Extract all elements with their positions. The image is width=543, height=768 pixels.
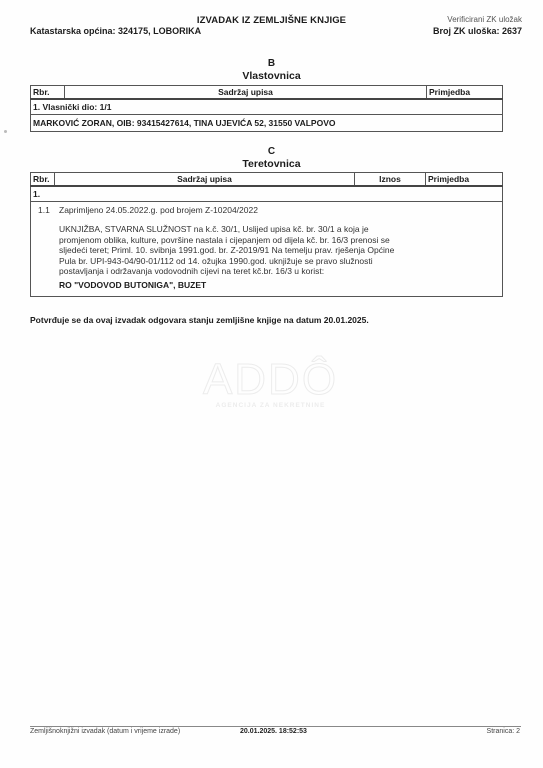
footer-datetime: 20.01.2025. 18:52:53 [240, 728, 307, 735]
table-row: 1.1 Zaprimljeno 24.05.2022.g. pod brojem… [31, 202, 503, 297]
entry-header: 1.1 Zaprimljeno 24.05.2022.g. pod brojem… [33, 205, 500, 215]
section-c-title: Teretovnica [0, 158, 543, 170]
column-header-content: Sadržaj upisa [55, 173, 355, 187]
owner-details: MARKOVIĆ ZORAN, OIB: 93415427614, TINA U… [31, 115, 503, 132]
table-header-row: Rbr. Sadržaj upisa Primjedba [31, 86, 503, 100]
page-number: Stranica: 2 [487, 728, 520, 735]
column-header-amount: Iznos [355, 173, 426, 187]
verified-label: Verificirani ZK uložak [447, 15, 522, 24]
encumbrance-table: Rbr. Sadržaj upisa Iznos Primjedba 1. 1.… [30, 172, 503, 297]
column-header-remark: Primjedba [426, 173, 503, 187]
column-header-rbr: Rbr. [31, 173, 55, 187]
watermark-logo: ADDÔ [178, 358, 363, 402]
confirmation-statement: Potvrđuje se da ovaj izvadak odgovara st… [30, 315, 369, 325]
section-b-letter: B [0, 58, 543, 69]
section-c-letter: C [0, 146, 543, 157]
ownership-table: Rbr. Sadržaj upisa Primjedba 1. Vlasničk… [30, 85, 503, 132]
table-row: 1. [31, 186, 503, 202]
folio-number: Broj ZK uloška: 2637 [433, 26, 522, 36]
encumbrance-entry: 1.1 Zaprimljeno 24.05.2022.g. pod brojem… [31, 202, 503, 297]
ownership-share: 1. Vlasnički dio: 1/1 [31, 99, 503, 115]
entry-received: Zaprimljeno 24.05.2022.g. pod brojem Z-1… [59, 205, 258, 215]
entry-number: 1.1 [33, 205, 59, 215]
entry-group-number: 1. [31, 186, 503, 202]
footer-label: Zemljišnoknjižni izvadak (datum i vrijem… [30, 728, 180, 735]
footer-divider [30, 726, 521, 727]
table-row: MARKOVIĆ ZORAN, OIB: 93415427614, TINA U… [31, 115, 503, 132]
column-header-content: Sadržaj upisa [65, 86, 427, 100]
column-header-remark: Primjedba [427, 86, 503, 100]
cadastral-municipality: Katastarska općina: 324175, LOBORIKA [30, 26, 201, 36]
table-header-row: Rbr. Sadržaj upisa Iznos Primjedba [31, 173, 503, 187]
scan-artifact [4, 130, 7, 133]
column-header-rbr: Rbr. [31, 86, 65, 100]
entry-body: UKNJIŽBA, STVARNA SLUŽNOST na k.č. 30/1,… [59, 224, 399, 277]
table-row: 1. Vlasnički dio: 1/1 [31, 99, 503, 115]
watermark: ADDÔ AGENCIJA ZA NEKRETNINE [178, 358, 363, 409]
section-b-title: Vlastovnica [0, 70, 543, 82]
entry-beneficiary: RO "VODOVOD BUTONIGA", BUZET [59, 280, 500, 290]
